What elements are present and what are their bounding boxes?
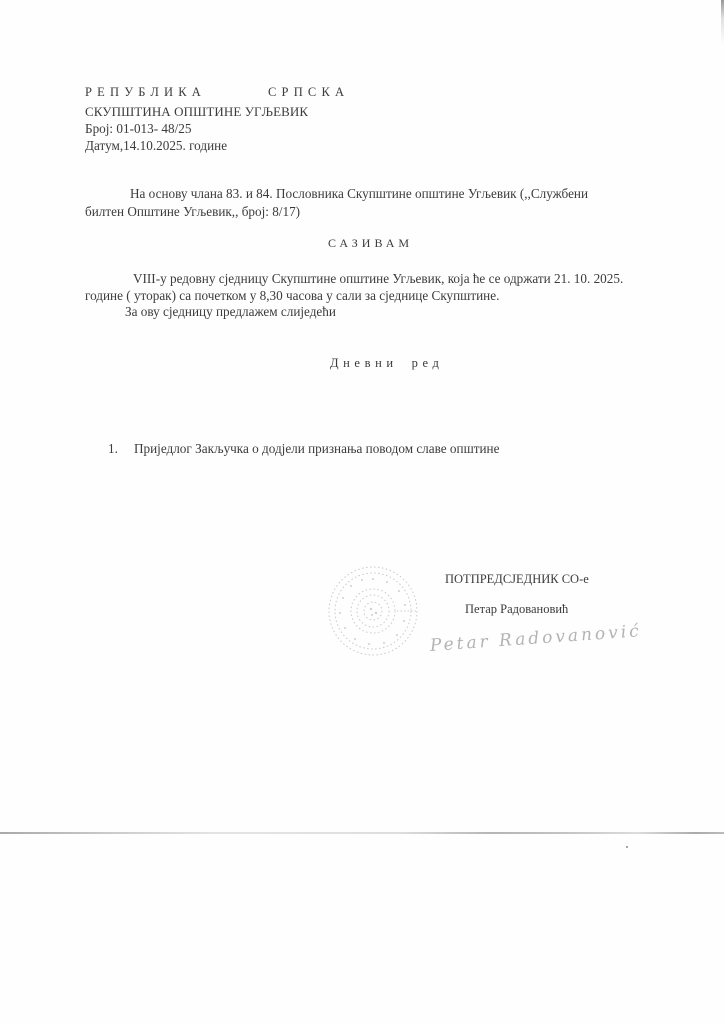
session-line-1: VIII-у редовну сједницу Скупштине општин… xyxy=(133,271,623,287)
intro-line-2: билтен Општине Угљевик,, број: 8/17) xyxy=(85,204,300,220)
agenda-title: Дневниред xyxy=(330,355,443,371)
republic-word: РЕПУБЛИКА xyxy=(85,85,206,99)
official-stamp-icon xyxy=(327,565,419,657)
scan-speck xyxy=(626,846,628,848)
session-line-3: За ову сједницу предлажем слиједећи xyxy=(125,304,336,320)
handwritten-signature: Petar Radovanović xyxy=(429,621,642,656)
session-line-2: године ( уторак) са почетком у 8,30 часо… xyxy=(85,288,499,304)
header-assembly: СКУПШТИНА ОПШТИНЕ УГЉЕВИК xyxy=(85,104,308,120)
srpska-word: СРПСКА xyxy=(268,85,349,99)
signature-title: ПОТПРЕДСЈЕДНИК СО-е xyxy=(445,571,589,587)
agenda-item-number: 1. xyxy=(108,441,134,457)
document-date: Датум,14.10.2025. године xyxy=(85,138,227,154)
agenda-title-word-1: Дневни xyxy=(330,356,398,370)
agenda-title-word-2: ред xyxy=(412,356,444,370)
agenda-item-text: Приједлог Закључка о додјели признања по… xyxy=(134,441,499,456)
header-republic: РЕПУБЛИКАСРПСКА xyxy=(85,84,349,100)
scan-fold-line xyxy=(0,832,724,834)
convene-heading: САЗИВАМ xyxy=(328,235,413,251)
signatory-name: Петар Радовановић xyxy=(465,601,568,617)
document-number: Број: 01-013- 48/25 xyxy=(85,121,191,137)
agenda-item: 1.Приједлог Закључка о додјели признања … xyxy=(108,441,499,457)
scanned-document-page: РЕПУБЛИКАСРПСКА СКУПШТИНА ОПШТИНЕ УГЉЕВИ… xyxy=(0,0,724,1024)
intro-line-1: На основу члана 83. и 84. Пословника Ску… xyxy=(130,186,588,202)
